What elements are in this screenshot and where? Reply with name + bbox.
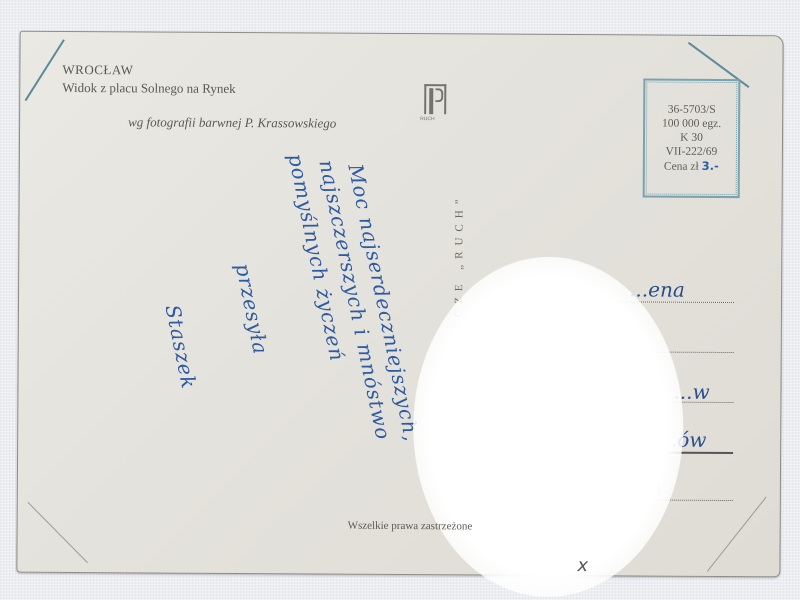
printed-subtitle: Widok z placu Solnego na Rynek <box>62 80 235 97</box>
stamp-price-handwritten: 3.- <box>702 159 719 173</box>
redaction-blur <box>412 256 684 598</box>
stamp-box: 36-5703/S 100 000 egz. K 30 VII-222/69 C… <box>643 78 741 198</box>
photo-credit: wg fotografii barwnej P. Krassowskiego <box>128 114 336 131</box>
postcard: WROCŁAW Widok z placu Solnego na Rynek w… <box>16 31 783 578</box>
corner-line-bottom-left <box>27 502 88 563</box>
stamp-price: Cena zł 3.- <box>664 159 719 174</box>
rights-notice: Wszelkie prawa zastrzeżone <box>348 520 473 533</box>
stamp-line-1: 36-5703/S <box>668 103 716 117</box>
ruch-logo-label: RUCH <box>420 116 434 122</box>
printed-city: WROCŁAW <box>62 62 133 78</box>
message-line-4: przesyła <box>231 261 273 357</box>
stamp-line-3: K 30 <box>680 131 703 145</box>
x-mark: x <box>577 555 588 576</box>
corner-line-bottom-right <box>707 497 767 572</box>
corner-line-top-left <box>25 39 65 101</box>
message-signature: Staszek <box>160 303 201 392</box>
stamp-line-4: VII-222/69 <box>666 145 718 159</box>
ruch-logo-icon <box>424 84 446 114</box>
stamp-price-label: Cena zł <box>664 161 699 173</box>
stamp-line-2: 100 000 egz. <box>662 117 721 131</box>
